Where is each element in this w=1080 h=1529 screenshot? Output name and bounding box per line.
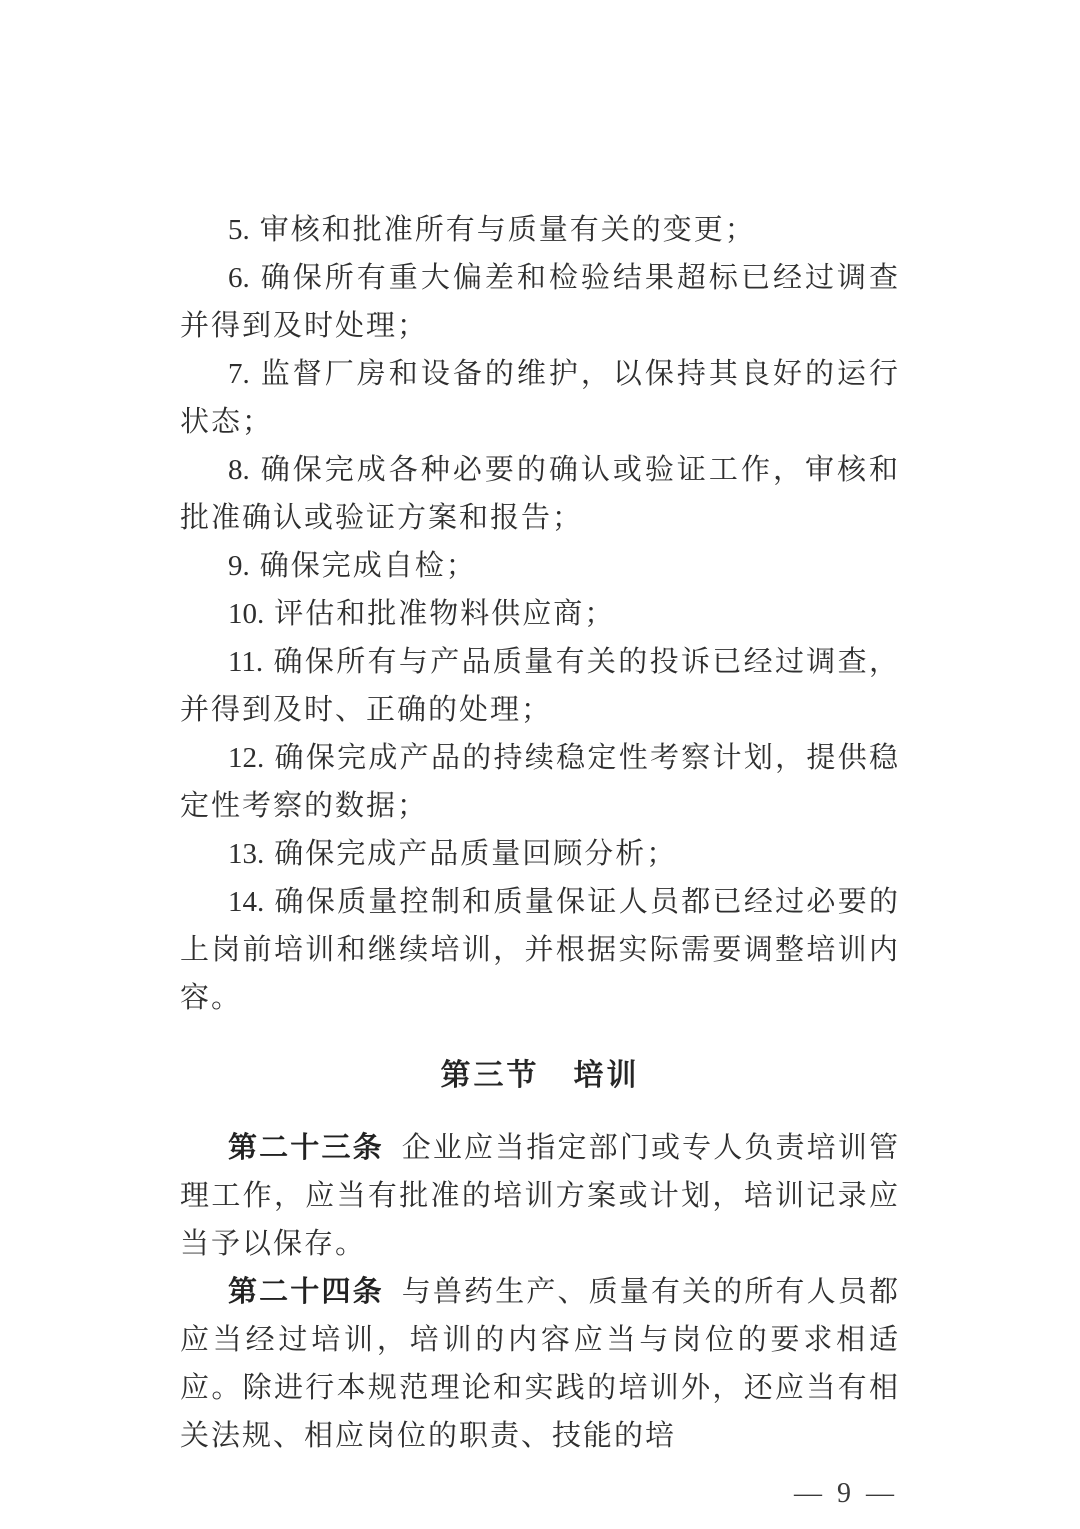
item-number: 9. xyxy=(228,550,250,582)
list-item: 6.确保所有重大偏差和检验结果超标已经过调查并得到及时处理； xyxy=(180,254,900,350)
item-text: 确保所有重大偏差和检验结果超标已经过调查并得到及时处理； xyxy=(180,262,900,342)
item-text: 确保完成产品质量回顾分析； xyxy=(274,838,677,870)
item-text: 确保质量控制和质量保证人员都已经过必要的上岗前培训和继续培训，并根据实际需要调整… xyxy=(180,886,900,1014)
item-text: 确保完成产品的持续稳定性考察计划，提供稳定性考察的数据； xyxy=(180,742,900,822)
item-number: 14. xyxy=(228,886,264,918)
item-text: 确保完成自检； xyxy=(260,550,477,582)
page-number: — 9 — xyxy=(180,1474,900,1514)
item-number: 12. xyxy=(228,742,264,774)
item-number: 5. xyxy=(228,214,250,246)
list-item: 14.确保质量控制和质量保证人员都已经过必要的上岗前培训和继续培训，并根据实际需… xyxy=(180,878,900,1022)
item-text: 确保完成各种必要的确认或验证工作，审核和批准确认或验证方案和报告； xyxy=(180,454,900,534)
item-text: 监督厂房和设备的维护，以保持其良好的运行状态； xyxy=(180,358,900,438)
document-body: 5.审核和批准所有与质量有关的变更； 6.确保所有重大偏差和检验结果超标已经过调… xyxy=(180,206,900,1460)
list-item: 11.确保所有与产品质量有关的投诉已经过调查，并得到及时、正确的处理； xyxy=(180,638,900,734)
item-text: 评估和批准物料供应商； xyxy=(274,598,615,630)
article-label: 第二十四条 xyxy=(228,1276,384,1308)
list-item: 13.确保完成产品质量回顾分析； xyxy=(180,830,900,878)
list-item: 8.确保完成各种必要的确认或验证工作，审核和批准确认或验证方案和报告； xyxy=(180,446,900,542)
article-label: 第二十三条 xyxy=(228,1132,384,1164)
section-title: 培训 xyxy=(574,1059,640,1092)
article-paragraph: 第二十四条与兽药生产、质量有关的所有人员都应当经过培训，培训的内容应当与岗位的要… xyxy=(180,1268,900,1460)
document-page: 5.审核和批准所有与质量有关的变更； 6.确保所有重大偏差和检验结果超标已经过调… xyxy=(0,0,1080,1529)
list-item: 10.评估和批准物料供应商； xyxy=(180,590,900,638)
item-number: 10. xyxy=(228,598,264,630)
list-item: 12.确保完成产品的持续稳定性考察计划，提供稳定性考察的数据； xyxy=(180,734,900,830)
item-number: 13. xyxy=(228,838,264,870)
item-number: 7. xyxy=(228,358,250,390)
list-item: 7.监督厂房和设备的维护，以保持其良好的运行状态； xyxy=(180,350,900,446)
item-number: 11. xyxy=(228,646,263,678)
article-paragraph: 第二十三条企业应当指定部门或专人负责培训管理工作，应当有批准的培训方案或计划，培… xyxy=(180,1124,900,1268)
list-item: 9.确保完成自检； xyxy=(180,542,900,590)
item-text: 审核和批准所有与质量有关的变更； xyxy=(260,214,756,246)
item-number: 6. xyxy=(228,262,250,294)
list-item: 5.审核和批准所有与质量有关的变更； xyxy=(180,206,900,254)
item-text: 确保所有与产品质量有关的投诉已经过调查，并得到及时、正确的处理； xyxy=(180,646,900,726)
item-number: 8. xyxy=(228,454,250,486)
section-label: 第三节 xyxy=(441,1059,540,1092)
section-heading: 第三节培训 xyxy=(180,1052,900,1100)
